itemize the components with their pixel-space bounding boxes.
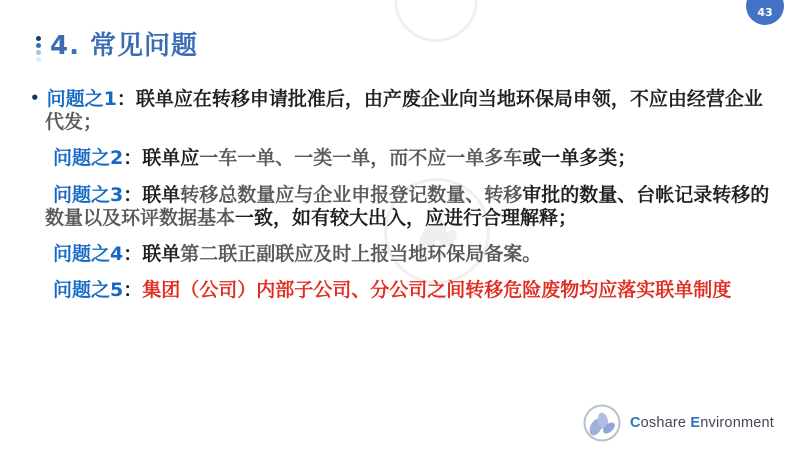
bullet-label: 问题之2 [53,147,123,169]
bullet-text-segment: 联单应 [142,147,199,169]
title-dot [36,50,41,55]
bullet-colon: ： [123,184,142,206]
bullet-colon: ： [123,147,142,169]
watermark-arc [394,0,478,42]
bullet-text-segment: 联单 [142,184,180,206]
bullet-label: 问题之3 [53,184,123,206]
page-number-badge: 43 [746,0,784,25]
logo-text-part: oshare [641,415,691,431]
bullet-text-segment: 转移总数量应与企业申报登记数量、转移 [180,184,522,206]
bullet-list: •问题之1：联单应在转移申请批准后，由产废企业向当地环保局申领，不应由经营企业代… [30,88,774,315]
bullet-text-segment: 审批的数量、台帐记录转移的 [522,184,769,206]
bullet-colon: ： [123,279,142,301]
bullet-text-segment: 代发； [45,111,102,133]
bullet-item: 问题之4：联单第二联正副联应及时上报当地环保局备案。 [30,243,774,266]
bullet-text-segment: 或一单多类； [522,147,636,169]
company-logo: Coshare Environment [582,403,774,443]
page-number: 43 [757,6,772,19]
title-dot [36,57,41,62]
logo-text-part: E [690,415,700,431]
bullet-label: 问题之5 [53,279,123,301]
bullet-colon: ： [117,88,136,110]
logo-text-part: C [630,415,641,431]
title-row: 4. 常见问题 [36,33,198,62]
bullet-text-segment: 集团（公司）内部子公司、分公司之间转移危险废物均应落实联单制度 [142,279,731,301]
bullet-text-segment: 联单 [142,243,180,265]
bullet-marker: • [30,89,47,107]
bullet-item: •问题之1：联单应在转移申请批准后，由产废企业向当地环保局申领，不应由经营企业代… [30,88,774,134]
bullet-label: 问题之1 [47,88,117,110]
bullet-item: 问题之2：联单应一车一单、一类一单，而不应一单多车或一单多类； [30,147,774,170]
bullet-item: 问题之3：联单转移总数量应与企业申报登记数量、转移审批的数量、台帐记录转移的数量… [30,184,774,230]
bullet-colon: ： [123,243,142,265]
logo-leaf-icon [582,403,622,443]
bullet-text-segment: 联单应在转移申请批准后，由产废企业向当地环保局申领，不应由经营企业 [136,88,763,110]
bullet-text-segment: 数量以及环评数据基本 [45,207,235,229]
bullet-label: 问题之4 [53,243,123,265]
title-dot [36,43,41,48]
bullet-text-segment: 第二联正副联应及时上报当地环保局备案。 [180,243,541,265]
logo-text: Coshare Environment [630,415,774,431]
presentation-slide: 43 4. 常见问题 COSHARE ENVIRONMENT •问题之1：联单应… [0,0,800,450]
page-title: 4. 常见问题 [50,33,198,59]
bullet-item: 问题之5：集团（公司）内部子公司、分公司之间转移危险废物均应落实联单制度 [30,279,774,302]
bullet-text-segment: 一车一单、一类一单，而不应一单多车 [199,147,522,169]
title-dot [36,36,41,41]
bullet-text-segment: 一致，如有较大出入，应进行合理解释； [235,207,577,229]
logo-text-part: nvironment [700,415,774,431]
title-dot-decoration [36,33,41,62]
